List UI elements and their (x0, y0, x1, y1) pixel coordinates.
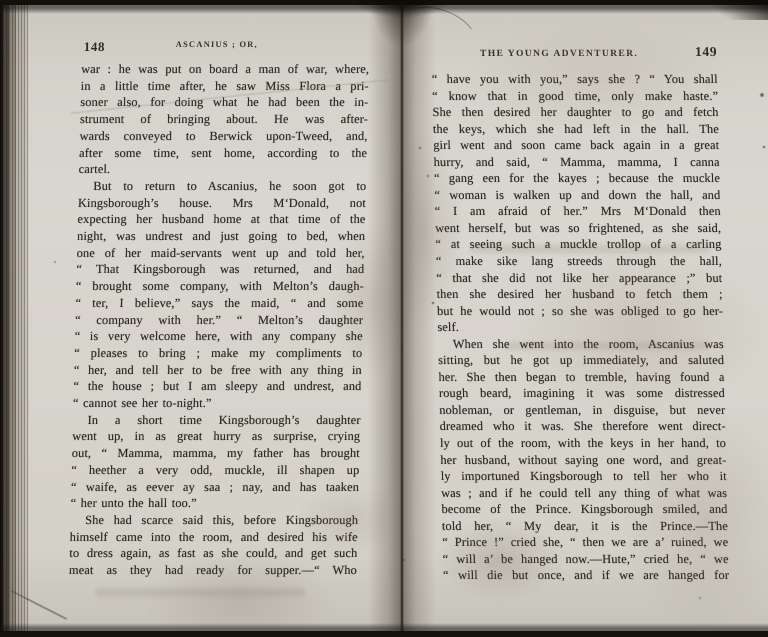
left-running-title: ASCANIUS ; OR, (82, 39, 370, 49)
text-line: rough beard, imagining it was some distr… (439, 385, 725, 402)
text-line: strument of bringing about. He was after… (80, 111, 368, 128)
text-line: “ heether a very odd, muckle, ill shapen… (71, 462, 359, 479)
left-page-header: 148 ASCANIUS ; OR, (81, 39, 370, 61)
text-line: himself came into the room, and desired … (70, 529, 358, 546)
text-line: soner also, for doing what he had been t… (80, 94, 368, 111)
text-line: her husband, without saying one word, an… (440, 452, 726, 469)
text-line: in a little time after, he saw Miss Flor… (81, 78, 369, 95)
text-line: “ will die but once, and if we are hange… (443, 567, 729, 584)
text-line: after some time, sent home, according to… (79, 145, 367, 162)
paragraph: When she went into the room, Ascanius wa… (438, 336, 730, 584)
text-line: but he would not ; so she was obliged to… (437, 303, 723, 320)
text-line: ly out of the room, with the keys in her… (440, 435, 726, 452)
scan-edge-bottom (0, 621, 768, 637)
book-page-edges-left (0, 0, 30, 637)
text-line: “ know that in good time, only make hast… (432, 88, 718, 105)
text-line: meat as they had ready for supper.—“ Who (69, 562, 357, 579)
text-line: war : he was put on board a man of war, … (81, 61, 369, 78)
left-page-text: war : he was put on board a man of war, … (69, 61, 370, 579)
scan-edge-top (0, 0, 768, 18)
text-line: “ her unto the hall too.” (70, 495, 358, 512)
text-line: “ brought some company, with Melton’s da… (76, 278, 364, 295)
text-line: “ pleases to bring ; make my compliments… (74, 345, 362, 362)
text-line: become of the Prince. Kingsborough smile… (441, 501, 727, 518)
paragraph: But to return to Ascanius, he soon got t… (73, 178, 367, 412)
text-line: “ cannot see her to-night.” (73, 395, 361, 412)
text-line: one of her maid-servants went up and tol… (76, 245, 364, 262)
text-line: the keys, which she had left in the hall… (433, 121, 719, 138)
text-line: She then desired her daughter to go and … (432, 104, 718, 121)
text-line: told her, “ My dear, it is the Prince.—T… (442, 518, 728, 535)
text-line: her. She then began to tremble, having f… (438, 369, 724, 386)
text-line: then she desired her husband to fetch th… (436, 286, 722, 303)
text-line: Kingsborough’s house. Mrs M‘Donald, not (78, 195, 366, 212)
text-line: out, “ Mamma, mamma, my father has broug… (72, 445, 360, 462)
right-page-text: “ have you with you,” says she ? “ You s… (432, 71, 730, 584)
text-line: In a short time Kingsborough’s daughter (72, 412, 360, 429)
text-line: “ gang een for the kayes ; because the m… (434, 170, 720, 187)
text-line: dreamed who it was. She therefore went d… (439, 418, 725, 435)
text-line: sitting, but he got up immediately, and … (438, 352, 724, 369)
right-running-title: THE YOUNG ADVENTURER. (431, 49, 717, 59)
text-line: was ; and if he could tell any thing of … (441, 485, 727, 502)
text-line: wards conveyed to Berwick upon-Tweed, an… (79, 128, 367, 145)
text-line: “ that she did not like her appearance ;… (436, 270, 722, 287)
paragraph: In a short time Kingsborough’s daughterw… (70, 412, 360, 512)
text-line: “ at seeing such a muckle trollop of a c… (435, 236, 721, 253)
text-line: But to return to Ascanius, he soon got t… (78, 178, 366, 195)
text-line: “ is very welcome here, with any company… (74, 328, 362, 345)
text-line: went herself, but was so frightened, as … (435, 220, 721, 237)
paragraph: She had scarce said this, before Kingsbo… (69, 512, 359, 579)
book-gutter-shadow (368, 0, 436, 637)
text-line: “ have you with you,” says she ? “ You s… (432, 71, 718, 88)
text-line: “ her, and tell her to be free with any … (74, 362, 362, 379)
paragraph: “ have you with you,” says she ? “ You s… (432, 71, 724, 336)
right-page-header: THE YOUNG ADVENTURER. 149 (431, 49, 717, 71)
text-line: expecting her husband home at that time … (77, 211, 365, 228)
text-line: nobleman, or gentleman, in disguise, but… (439, 402, 725, 419)
text-line: “ company with her.” “ Melton’s daughter (75, 312, 363, 329)
text-line: “ woman is walken up and down the hall, … (434, 187, 720, 204)
right-page: THE YOUNG ADVENTURER. 149 “ have you wit… (431, 47, 729, 584)
text-line: “ That Kingsborough was returned, and ha… (76, 261, 364, 278)
fold-crease-bottom-left (11, 590, 67, 619)
text-line: She had scarce said this, before Kingsbo… (70, 512, 358, 529)
text-line: ly importuned Kingsborough to tell her w… (441, 468, 727, 485)
text-line: self. (437, 319, 723, 336)
text-line: cartel. (79, 161, 367, 178)
text-line: to dress again, as fast as she could, an… (69, 545, 357, 562)
left-page-number: 148 (84, 39, 106, 55)
right-page-number: 149 (695, 44, 717, 60)
text-line: “ Prince !” cried she, “ then we are a’ … (442, 534, 728, 551)
text-line: When she went into the room, Ascanius wa… (438, 336, 724, 353)
text-line: “ make sike lang streeds through the hal… (436, 253, 722, 270)
text-line: “ will a’ be hanged now.—Hute,” cried he… (442, 551, 728, 568)
text-line: “ the house ; but I am sleepy and undres… (73, 378, 361, 395)
text-line: “ waife, as eever ay saa ; nay, and has … (71, 479, 359, 496)
left-page: 148 ASCANIUS ; OR, war : he was put on b… (69, 36, 370, 579)
text-line: hurry, and said, “ Mamma, mamma, I canna (433, 154, 719, 171)
text-line: “ I am afraid of her.” Mrs M‘Donald then (435, 203, 721, 220)
text-line: went up, in as great hurry as surprise, … (72, 428, 360, 445)
scan-edge-top-right (688, 0, 768, 20)
show-through-smudge (95, 588, 305, 597)
paragraph: war : he was put on board a man of war, … (79, 61, 370, 178)
text-line: “ ter, I believe,” says the maid, “ and … (75, 295, 363, 312)
text-line: night, was undrest and just going to bed… (77, 228, 365, 245)
text-line: girl went and soon came back again in a … (433, 137, 719, 154)
book-scan-page-spread: 148 ASCANIUS ; OR, war : he was put on b… (0, 0, 768, 637)
